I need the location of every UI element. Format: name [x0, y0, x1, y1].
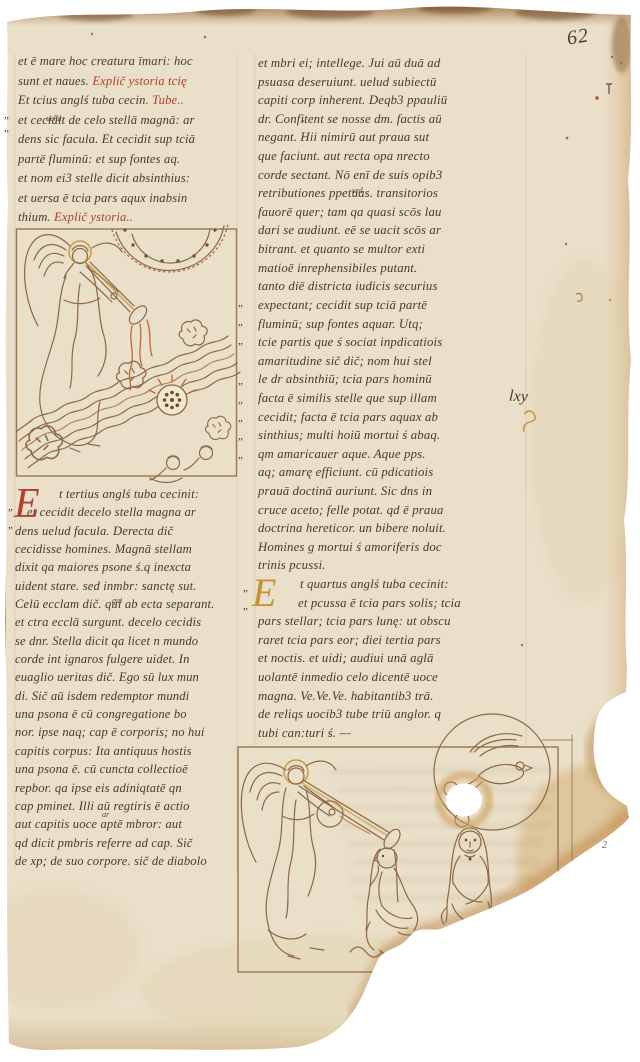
text-line: aut capitis uoce aptē mbror: aut	[15, 817, 243, 835]
text-line: cruce aceto; felle potat. qd ē praua	[258, 503, 532, 522]
diple-mark: „	[238, 431, 243, 442]
diple-mark: „	[238, 317, 243, 328]
rubric-segment: Explič ystoria tcię	[92, 74, 186, 88]
text-line: dens sic facula. Et cecidit sup tciā	[18, 132, 244, 152]
text-line: bitrant. et quanto se multor exti	[258, 242, 532, 261]
text-line: tanto diē districta iudicis securius	[258, 279, 532, 298]
gloss-ar: ar	[102, 810, 109, 819]
diple-mark: „	[243, 601, 248, 612]
text-line: fluminū; sup fontes aquar. Utq;	[258, 317, 532, 336]
text-line: et pcussa ē tcia pars solis; tcia	[258, 596, 532, 615]
text-line: Et tcius anglś tuba cecin. Tube..	[18, 93, 244, 113]
text-segment: dens sic facula. Et cecidit sup tciā	[18, 132, 195, 146]
text-line: prauā doctinā auriunt. Sic dns in	[258, 484, 532, 503]
gloss-sed: sed	[352, 186, 363, 195]
text-line: facta ē similis stelle que sup illam	[258, 391, 532, 410]
text-line: psuasa deseruiunt. uelud subiectū	[258, 75, 532, 94]
text-line: capiti corp inherent. Deqb3 ppauliū	[258, 93, 532, 112]
text-line: et uersa ē tcia pars aqux inabsin	[18, 191, 244, 211]
margin-mark: „	[8, 520, 13, 531]
text-line: tubi can:turi ś. —	[258, 726, 532, 745]
text-line: uolantē inmedio celo dicentē uoce	[258, 670, 532, 689]
text-line: raret tcia pars eor; diei tertia pars	[258, 633, 532, 652]
text-line: thium. Explič ystoria..	[18, 210, 244, 230]
right-column-upper: et mbri ei; intellege. Jui aū duā adpsua…	[258, 56, 532, 577]
text-line: partē fluminū: et sup fontes aq.	[18, 152, 244, 172]
text-line: t quartus anglś tuba cecinit:	[258, 577, 532, 596]
text-line: et ctra ecclā surgunt. decelo cecidis	[15, 615, 243, 633]
text-line: Homines g mortui ś amoriferis doc	[258, 540, 532, 559]
right-column-lower: t quartus anglś tuba cecinit:et pcussa ē…	[258, 577, 532, 744]
text-line: cap pminet. Illi aū regtiris ē actio	[15, 799, 243, 817]
text-line: et noctis. et uidi; audiui unā aglā	[258, 651, 532, 670]
left-column-top: et ē mare hoc creatura īmari: hoc sunt e…	[18, 54, 244, 230]
text-segment: et nom ei3 stelle dicit absinthius:	[18, 171, 190, 185]
text-line: sunt et naues. Explič ystoria tcię	[18, 74, 244, 94]
text-line: le dr absinthiū; tcia pars hominū	[258, 372, 532, 391]
text-line: expectant; cecidit sup tciā partē	[258, 298, 532, 317]
text-segment: Et tcius anglś tuba cecin.	[18, 93, 152, 107]
rubric-segment: Tube..	[152, 93, 184, 107]
diple-mark: „	[238, 336, 243, 347]
text-line: una psona ē. cū cuncta collectioē	[15, 762, 243, 780]
text-line: capitis corpus: Ita antiquus hostis	[15, 744, 243, 762]
diple-mark: „	[238, 376, 243, 387]
margin-mark: „	[4, 123, 9, 134]
manuscript-page: 62 lxy 2 et ē mare hoc creatura īmari: h…	[0, 0, 640, 1062]
gloss-uelut: uelut	[46, 114, 62, 123]
text-line: cecidit; facta ē tcia pars aquax ab	[258, 410, 532, 429]
folio-number: 62	[565, 24, 590, 50]
left-column-lower: t tertius anglś tuba cecinit:et cecidit …	[15, 487, 243, 872]
text-line: dens uelud facula. Derecta dič	[15, 524, 243, 542]
text-line: repbor. qa ipse eis adiniqtatē qn	[15, 781, 243, 799]
diple-mark: „	[238, 413, 243, 424]
text-line: tcie partis que ś sociat inpdicatiois	[258, 335, 532, 354]
text-line: negant. Hii nimirū aut praua sut	[258, 130, 532, 149]
text-line: t tertius anglś tuba cecinit:	[15, 487, 243, 505]
text-line: et cecidit decelo stella magna ar	[15, 505, 243, 523]
text-line: trinis pcussi.	[258, 558, 532, 577]
gold-initial-E: E	[252, 573, 276, 613]
diple-mark: „	[238, 395, 243, 406]
text-line: euaglio ueritas dič. Ego sū lux mun	[15, 670, 243, 688]
text-line: et nom ei3 stelle dicit absinthius:	[18, 171, 244, 191]
diple-mark: „	[238, 450, 243, 461]
text-line: di. Sič aū isdem redemptor mundi	[15, 689, 243, 707]
text-line: una psona ē cū congregatione bo	[15, 707, 243, 725]
text-segment: thium.	[18, 210, 54, 224]
text-line: magna. Ve.Ve.Ve. habitantib3 trā.	[258, 689, 532, 708]
margin-mark: „	[4, 110, 9, 121]
text-line: corde sectant. Nō enī de suis opib3	[258, 168, 532, 187]
diple-mark: „	[238, 298, 243, 309]
red-initial-E: E	[14, 483, 40, 525]
text-line: amaritudine sič dič; nom hui stel	[258, 354, 532, 373]
text-line: cecidisse homines. Magnā stellam	[15, 542, 243, 560]
text-line: sinthius; multi hoiū mortui ś abaq.	[258, 428, 532, 447]
text-line: matioē inrephensibiles putant.	[258, 261, 532, 280]
text-line: de xp; de suo corpore. sič de diabolo	[15, 854, 243, 872]
diple-mark: „	[243, 583, 248, 594]
text-line: que faciunt. aut recta opa nrecto	[258, 149, 532, 168]
margin-mark: „	[8, 502, 13, 513]
text-line: et mbri ei; intellege. Jui aū duā ad	[258, 56, 532, 75]
text-segment: et cecidit de celo stellā magnā: ar	[18, 113, 195, 127]
text-line: nor. ipse naq; cap ē corporis; no hui	[15, 725, 243, 743]
text-line: corde int ignaros fulgere uidet. In	[15, 652, 243, 670]
text-segment: et uersa ē tcia pars aqux inabsin	[18, 191, 187, 205]
text-line: de reliqs uocib3 tube triū anglor. q	[258, 707, 532, 726]
text-line: dixit qa maiores psone ś.q inexcta	[15, 560, 243, 578]
text-line: Celū ecclam dič. qui ab ecta separant.	[15, 597, 243, 615]
text-line: dr. Confitent se nosse dm. factis aū	[258, 112, 532, 131]
text-line: pars stellar; tcia pars lunę: ut obscu	[258, 614, 532, 633]
text-line: dari se audiunt. eē se uacit scōs ar	[258, 223, 532, 242]
text-line: fauorē quer; tam qa quasi scōs lau	[258, 205, 532, 224]
text-segment: sunt et naues.	[18, 74, 92, 88]
text-line: doctrina hereticor. un bibere noluit.	[258, 521, 532, 540]
gloss-qui: qui	[112, 596, 122, 605]
text-line: se dnr. Stella dicit qa licet n mundo	[15, 634, 243, 652]
rubric-segment: Explič ystoria..	[54, 210, 133, 224]
text-line: qm amaricauer aque. Aque pps.	[258, 447, 532, 466]
corner-mark: 2	[602, 840, 607, 851]
text-line: retributiones ppetuas. transitorios	[258, 186, 532, 205]
text-line: qd dicit pmbris referre ad cap. Sič	[15, 836, 243, 854]
text-segment: et ē mare hoc creatura īmari: hoc	[18, 54, 193, 68]
text-segment: partē fluminū: et sup fontes aq.	[18, 152, 180, 166]
text-line: aq; amarę efficiunt. cū pdicatiois	[258, 465, 532, 484]
text-line: uident stare. sed inmbr: sanctę sut.	[15, 579, 243, 597]
text-line: et ē mare hoc creatura īmari: hoc	[18, 54, 244, 74]
